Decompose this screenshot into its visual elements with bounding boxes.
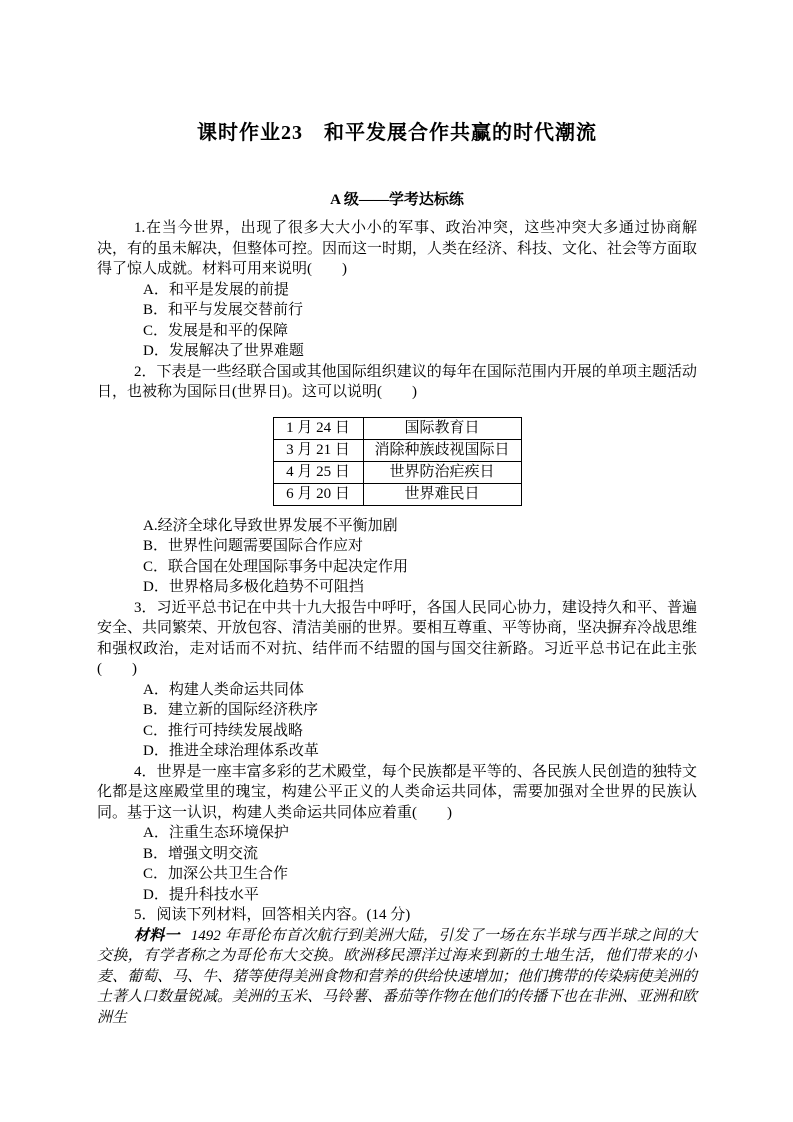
page-title: 课时作业23 和平发展合作共赢的时代潮流 [97, 120, 697, 146]
question-1-stem: 1.在当今世界，出现了很多大大小小的军事、政治冲突，这些冲突大多通过协商解决，有… [97, 218, 697, 280]
question-1-option-c: C．发展是和平的保障 [97, 321, 697, 342]
question-3-stem: 3．习近平总书记在中共十九大报告中呼吁，各国人民同心协力，建设持久和平、普遍安全… [97, 598, 697, 680]
material-1-label: 材料一 [134, 928, 180, 944]
question-2-option-c: C．联合国在处理国际事务中起决定作用 [97, 557, 697, 578]
question-3-option-d: D．推进全球治理体系改革 [97, 741, 697, 762]
question-2-option-d: D．世界格局多极化趋势不可阻挡 [97, 577, 697, 598]
international-days-table: 1 月 24 日 国际教育日 3 月 21 日 消除种族歧视国际日 4 月 25… [273, 417, 522, 506]
question-2-stem: 2．下表是一些经联合国或其他国际组织建议的每年在国际范围内开展的单项主题活动日，… [97, 362, 697, 403]
day-name-cell: 世界防治疟疾日 [363, 461, 521, 483]
question-4-option-b: B．增强文明交流 [97, 844, 697, 865]
section-heading: A 级——学考达标练 [97, 190, 697, 210]
date-cell: 1 月 24 日 [273, 417, 363, 439]
question-3-option-a: A．构建人类命运共同体 [97, 680, 697, 701]
question-1-option-b: B．和平与发展交替前行 [97, 300, 697, 321]
table-row: 4 月 25 日 世界防治疟疾日 [273, 461, 521, 483]
table-row: 1 月 24 日 国际教育日 [273, 417, 521, 439]
question-4-option-a: A．注重生态环境保护 [97, 823, 697, 844]
question-4-stem: 4．世界是一座丰富多彩的艺术殿堂，每个民族都是平等的、各民族人民创造的独特文化都… [97, 762, 697, 824]
question-1-option-a: A．和平是发展的前提 [97, 280, 697, 301]
table-row: 6 月 20 日 世界难民日 [273, 483, 521, 505]
day-name-cell: 消除种族歧视国际日 [363, 439, 521, 461]
worksheet-page: 课时作业23 和平发展合作共赢的时代潮流 A 级——学考达标练 1.在当今世界，… [0, 0, 793, 1122]
day-name-cell: 国际教育日 [363, 417, 521, 439]
worksheet-content: 课时作业23 和平发展合作共赢的时代潮流 A 级——学考达标练 1.在当今世界，… [97, 0, 697, 1028]
date-cell: 3 月 21 日 [273, 439, 363, 461]
question-3-option-c: C．推行可持续发展战略 [97, 721, 697, 742]
question-4-options: A．注重生态环境保护 B．增强文明交流 C．加深公共卫生合作 D．提升科技水平 [97, 823, 697, 905]
date-cell: 4 月 25 日 [273, 461, 363, 483]
question-3-option-b: B．建立新的国际经济秩序 [97, 700, 697, 721]
question-2-option-b: B．世界性问题需要国际合作应对 [97, 536, 697, 557]
question-1-options: A．和平是发展的前提 B．和平与发展交替前行 C．发展是和平的保障 D．发展解决… [97, 280, 697, 362]
question-4-option-c: C．加深公共卫生合作 [97, 864, 697, 885]
question-5-stem: 5．阅读下列材料，回答相关内容。(14 分) [97, 905, 697, 926]
question-4-option-d: D．提升科技水平 [97, 885, 697, 906]
question-2-option-a: A.经济全球化导致世界发展不平衡加剧 [97, 516, 697, 537]
material-1-text: 1492 年哥伦布首次航行到美洲大陆，引发了一场在东半球与西半球之间的大交换，有… [97, 928, 697, 1026]
material-1-paragraph: 材料一1492 年哥伦布首次航行到美洲大陆，引发了一场在东半球与西半球之间的大交… [97, 926, 697, 1029]
date-cell: 6 月 20 日 [273, 483, 363, 505]
table-row: 3 月 21 日 消除种族歧视国际日 [273, 439, 521, 461]
day-name-cell: 世界难民日 [363, 483, 521, 505]
question-1-option-d: D．发展解决了世界难题 [97, 341, 697, 362]
question-3-options: A．构建人类命运共同体 B．建立新的国际经济秩序 C．推行可持续发展战略 D．推… [97, 680, 697, 762]
question-2-options: A.经济全球化导致世界发展不平衡加剧 B．世界性问题需要国际合作应对 C．联合国… [97, 516, 697, 598]
